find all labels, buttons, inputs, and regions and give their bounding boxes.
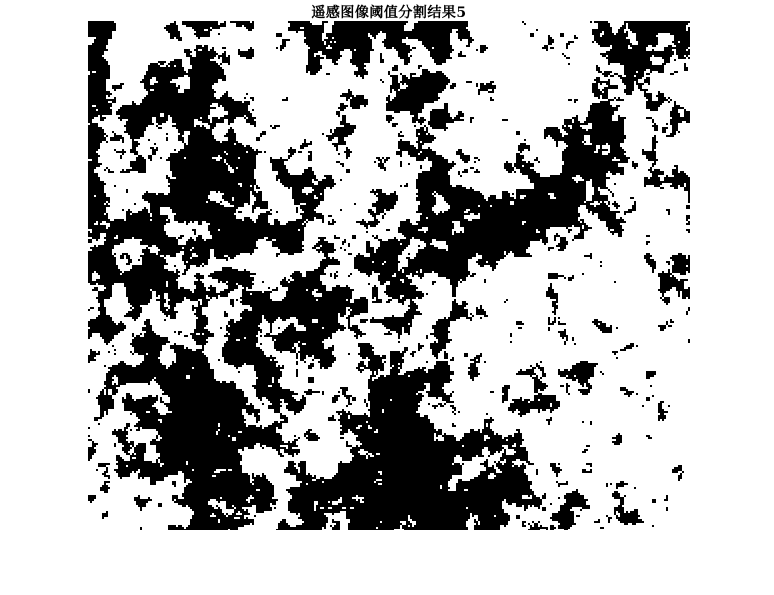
figure-window: 遥感图像阈值分割结果5 (0, 0, 774, 595)
segmentation-image (88, 21, 690, 530)
figure-title: 遥感图像阈值分割结果5 (88, 2, 690, 22)
